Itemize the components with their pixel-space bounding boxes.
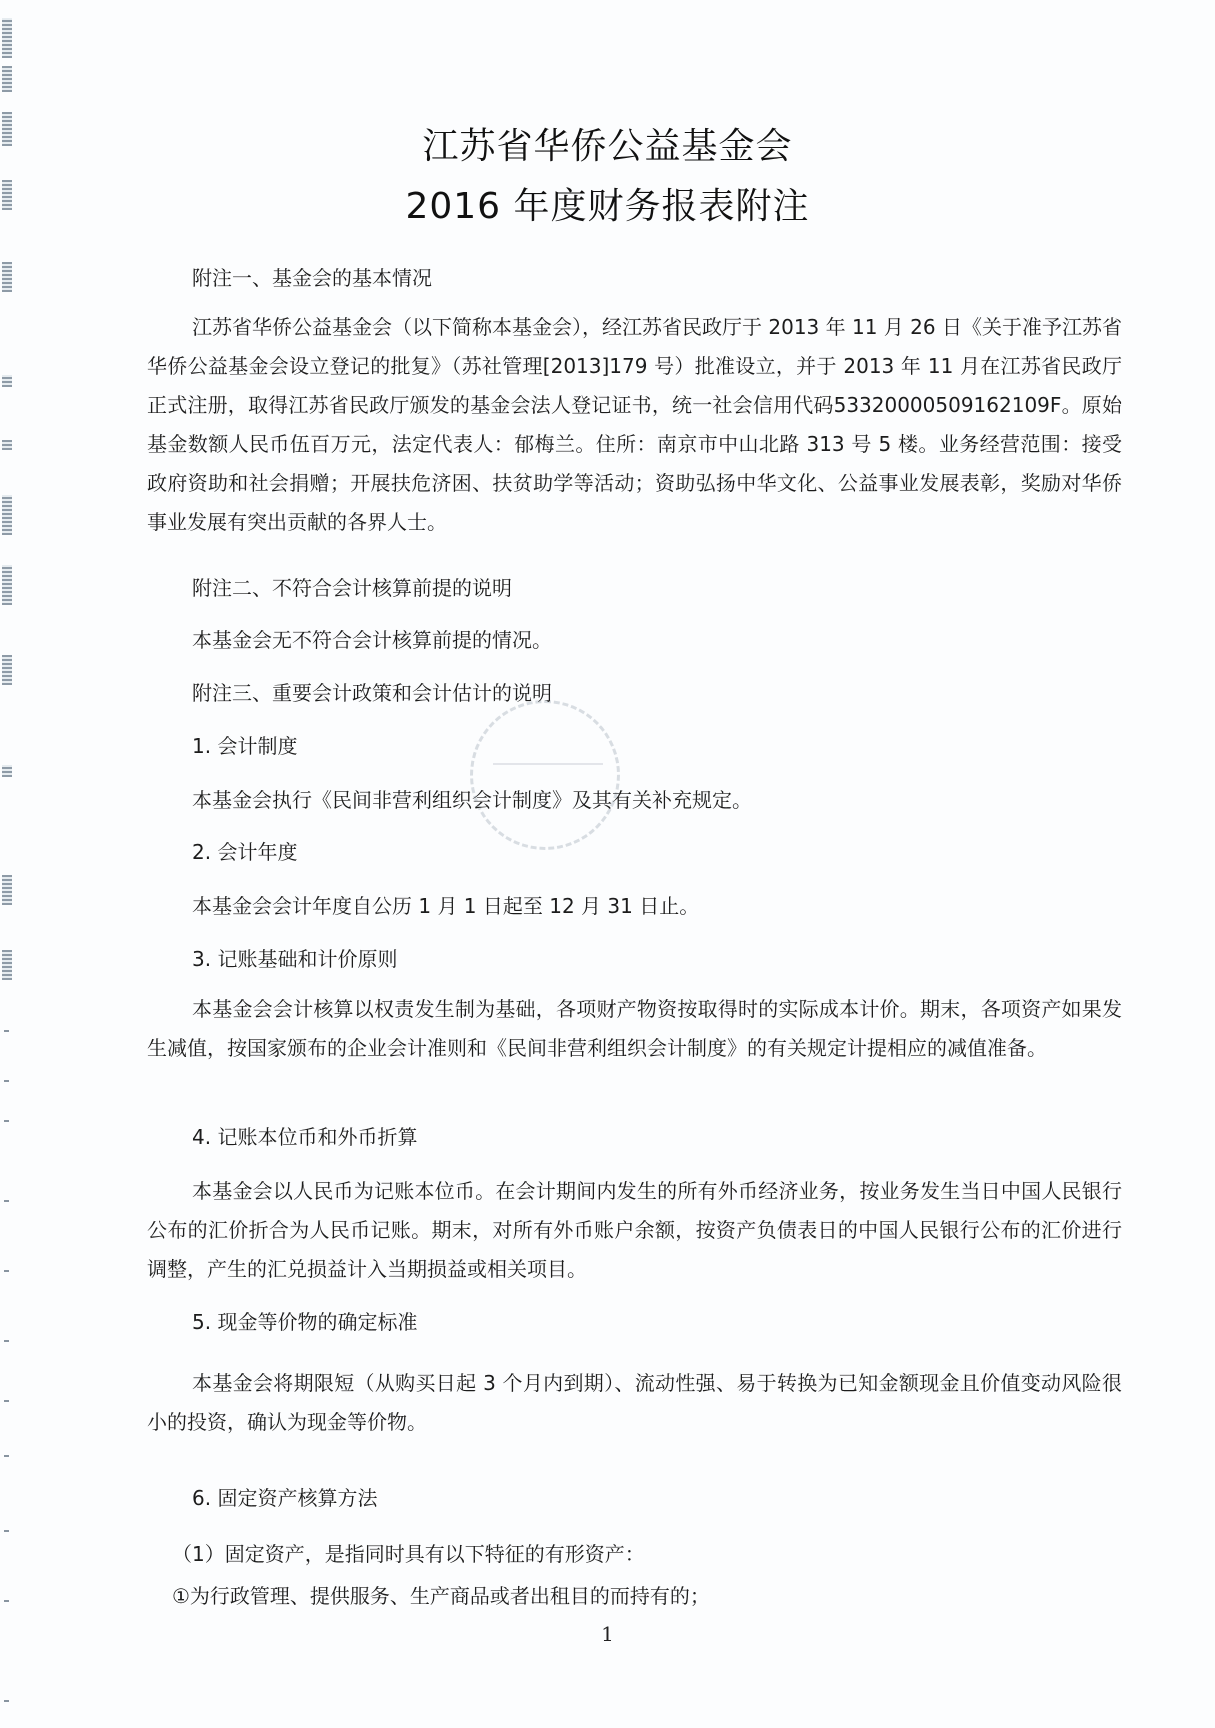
faded-seal-stamp xyxy=(470,700,620,850)
policy-6-sub1: （1）固定资产，是指同时具有以下特征的有形资产： xyxy=(172,1538,645,1567)
document-page: 江苏省华侨公益基金会 2016 年度财务报表附注 附注一、基金会的基本情况 江苏… xyxy=(0,0,1215,1728)
policy-2-paragraph: 本基金会会计年度自公历 1 月 1 日起至 12 月 31 日止。 xyxy=(192,890,699,919)
note2-heading: 附注二、不符合会计核算前提的说明 xyxy=(192,572,512,601)
policy-5-paragraph: 本基金会将期限短（从购买日起 3 个月内到期）、流动性强、易于转换为已知金额现金… xyxy=(147,1364,1122,1442)
note3-heading: 附注三、重要会计政策和会计估计的说明 xyxy=(192,677,552,706)
note2-paragraph: 本基金会无不符合会计核算前提的情况。 xyxy=(192,624,552,653)
document-title: 江苏省华侨公益基金会 xyxy=(0,118,1215,169)
page-number: 1 xyxy=(0,1622,1215,1646)
policy-3-heading: 3. 记账基础和计价原则 xyxy=(192,943,397,972)
note1-paragraph: 江苏省华侨公益基金会（以下简称本基金会），经江苏省民政厅于 2013 年 11 … xyxy=(147,308,1122,542)
policy-3-paragraph: 本基金会会计核算以权责发生制为基础，各项财产物资按取得时的实际成本计价。期末，各… xyxy=(147,990,1122,1068)
note1-heading: 附注一、基金会的基本情况 xyxy=(192,262,432,291)
policy-4-heading: 4. 记账本位币和外币折算 xyxy=(192,1121,417,1150)
policy-1-paragraph: 本基金会执行《民间非营利组织会计制度》及其有关补充规定。 xyxy=(192,784,752,813)
policy-5-heading: 5. 现金等价物的确定标准 xyxy=(192,1306,417,1335)
policy-6-heading: 6. 固定资产核算方法 xyxy=(192,1482,377,1511)
policy-1-heading: 1. 会计制度 xyxy=(192,730,297,759)
document-subtitle: 2016 年度财务报表附注 xyxy=(0,178,1215,229)
policy-4-paragraph: 本基金会以人民币为记账本位币。在会计期间内发生的所有外币经济业务，按业务发生当日… xyxy=(147,1172,1122,1289)
policy-6-sub2: ①为行政管理、提供服务、生产商品或者出租目的而持有的； xyxy=(172,1580,710,1609)
policy-2-heading: 2. 会计年度 xyxy=(192,836,297,865)
binding-edge-marks xyxy=(0,0,22,1728)
